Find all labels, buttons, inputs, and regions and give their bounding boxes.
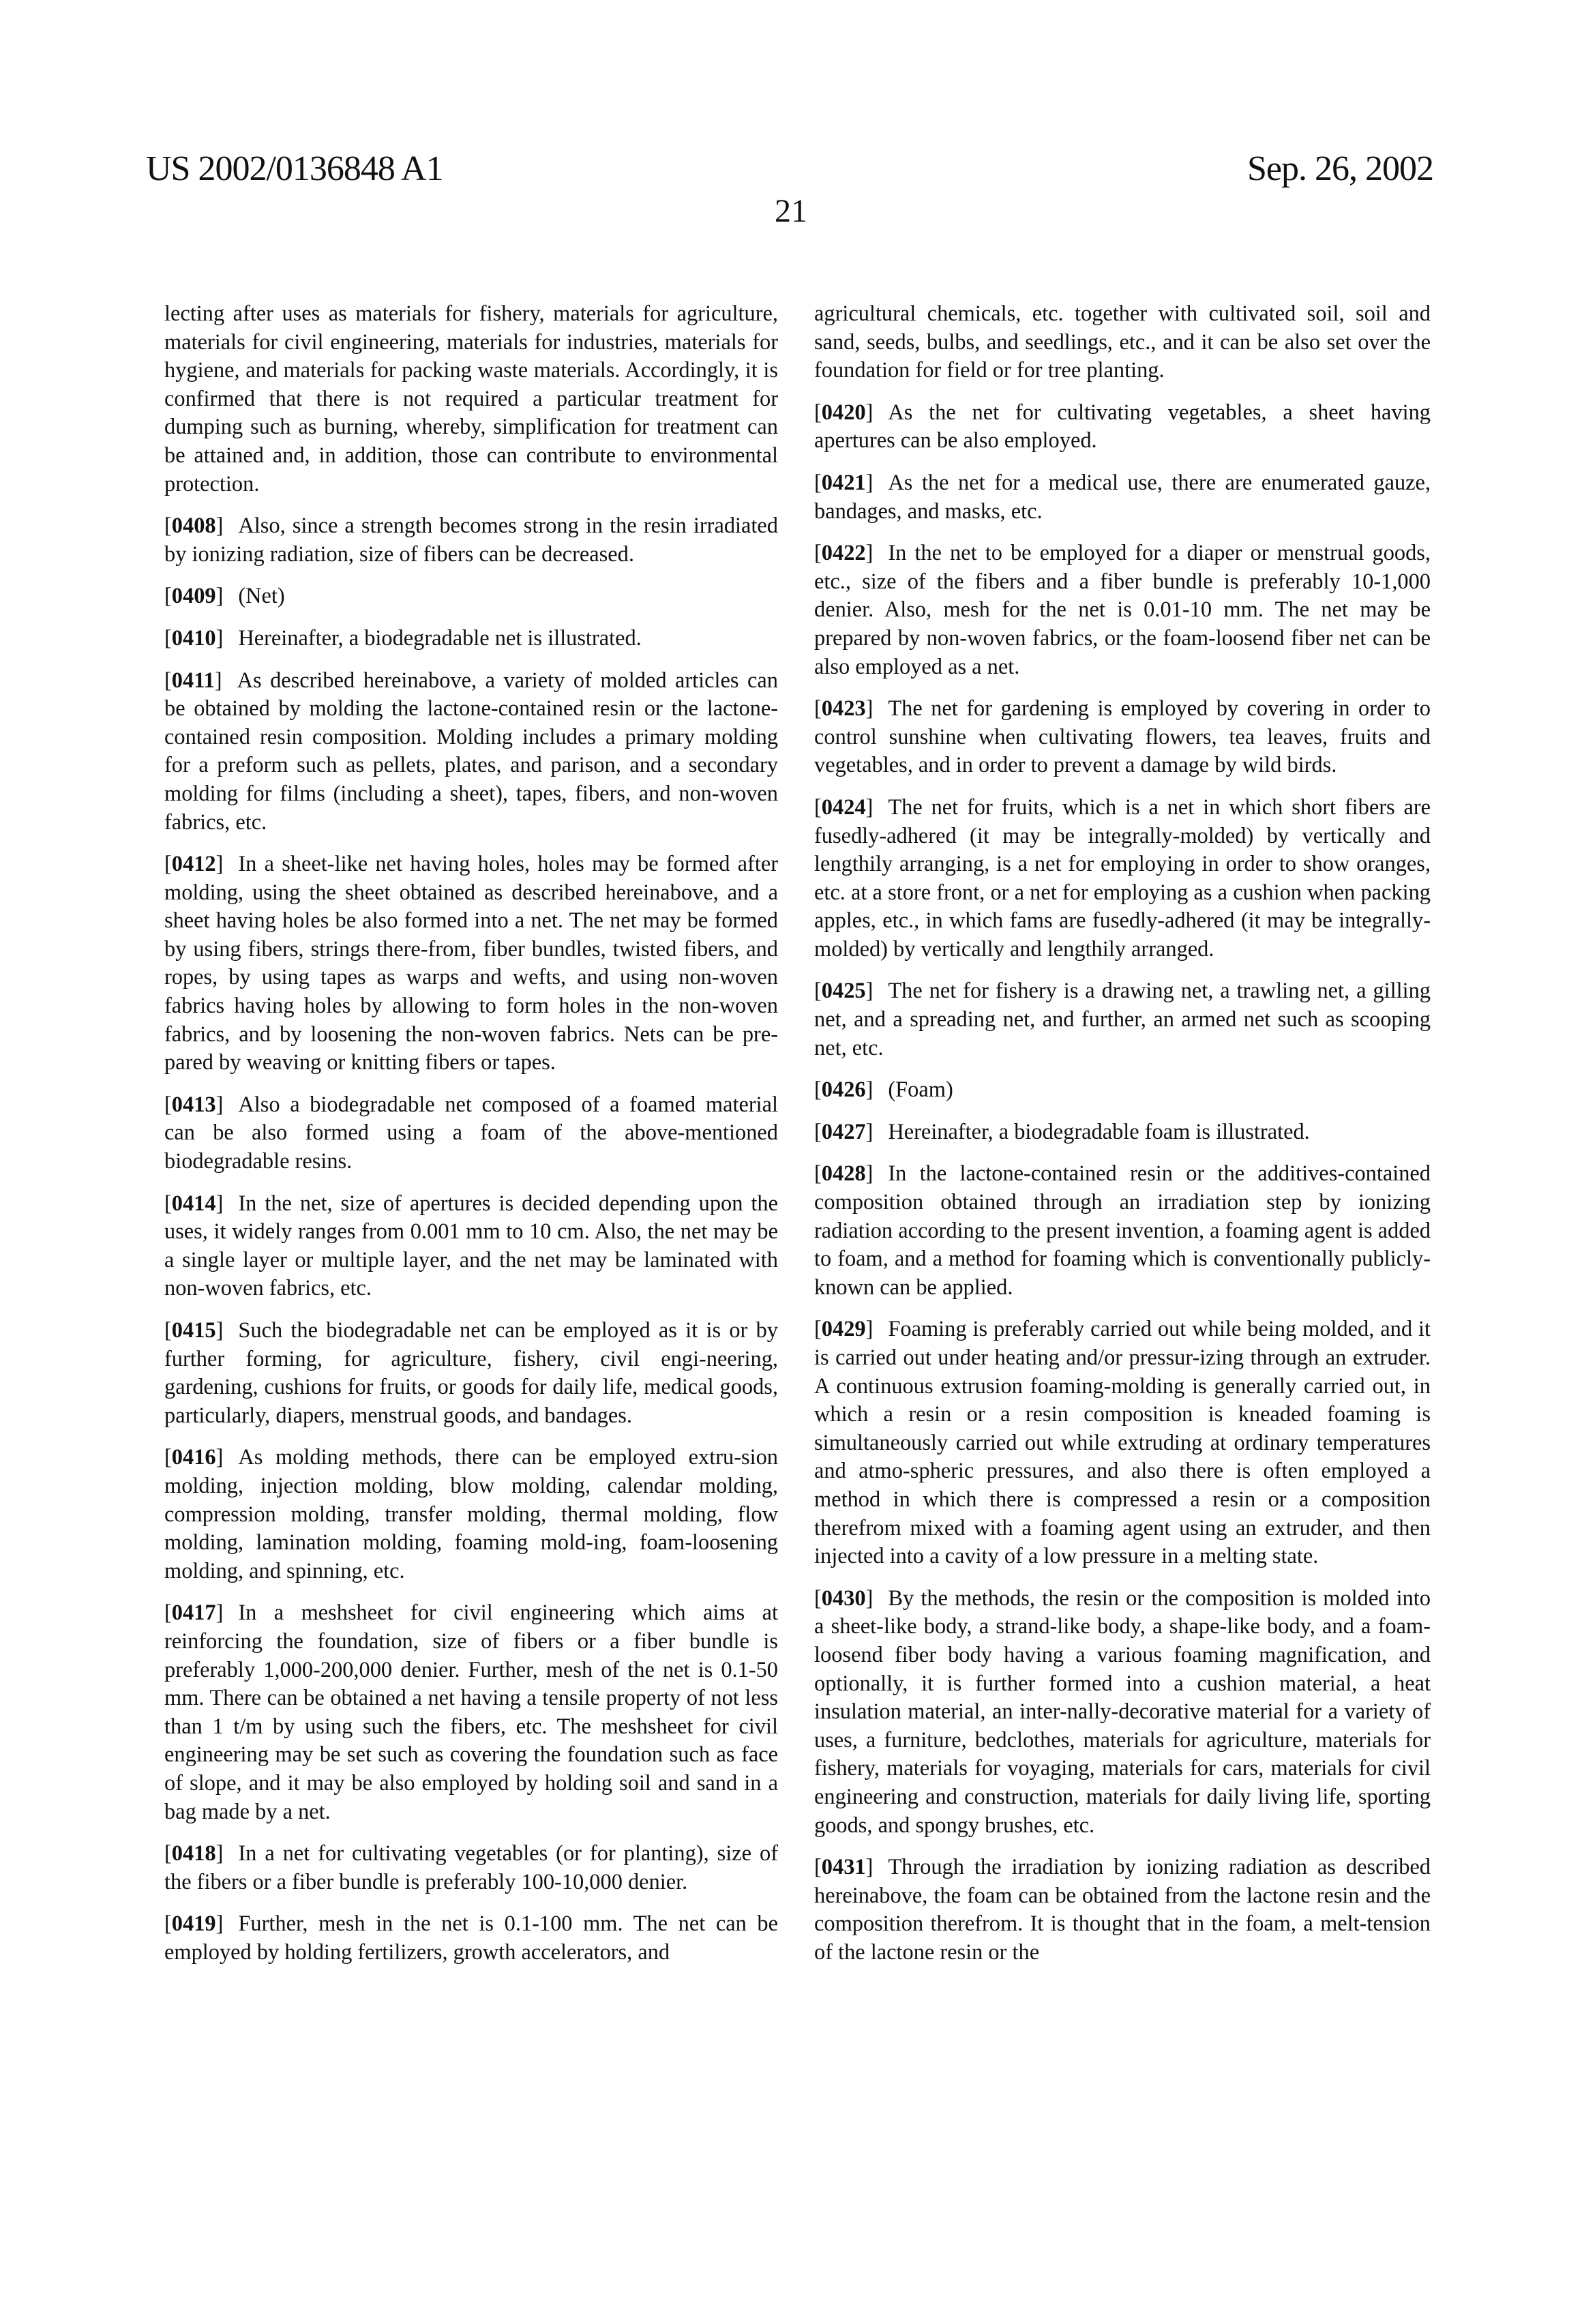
paragraph: [0427]Hereinafter, a biodegradable foam … [814, 1118, 1431, 1147]
paragraph-text: Foaming is preferably carried out while … [814, 1317, 1431, 1568]
paragraph-number-close-bracket: ] [866, 1077, 874, 1102]
paragraph-number-open-bracket: [ [814, 1120, 822, 1144]
paragraph-number-open-bracket: [ [164, 1841, 172, 1866]
paragraph-number: 0428 [822, 1161, 866, 1186]
paragraph-number-open-bracket: [ [814, 696, 822, 721]
paragraph-number: 0421 [822, 471, 866, 495]
paragraph-text: In the lactone-contained resin or the ad… [814, 1161, 1431, 1299]
paragraph-text: In a meshsheet for civil engineering whi… [164, 1600, 778, 1823]
paragraph-number-open-bracket: [ [164, 668, 172, 693]
paragraph-text: (Foam) [888, 1077, 953, 1102]
paragraph-number: 0431 [822, 1855, 866, 1879]
paragraph: [0431]Through the irradiation by ionizin… [814, 1853, 1431, 1967]
paragraph-number-close-bracket: ] [216, 1191, 224, 1216]
paragraph-number: 0415 [172, 1318, 216, 1343]
paragraph-text: Hereinafter, a biodegradable foam is ill… [888, 1120, 1309, 1144]
paragraph-number: 0410 [172, 626, 216, 651]
paragraph-number-open-bracket: [ [164, 1445, 172, 1470]
paragraph-text: Such the biodegradable net can be employ… [164, 1318, 778, 1428]
paragraph-number-open-bracket: [ [814, 979, 822, 1003]
paragraph: [0424]The net for fruits, which is a net… [814, 794, 1431, 964]
paragraph-number-close-bracket: ] [216, 1911, 224, 1936]
paragraph-number: 0422 [822, 541, 866, 565]
paragraph-number-open-bracket: [ [814, 795, 822, 820]
paragraph-number-close-bracket: ] [216, 1445, 224, 1470]
paragraph-number-close-bracket: ] [216, 852, 224, 876]
paragraph: [0409](Net) [164, 582, 778, 611]
paragraph-number-close-bracket: ] [216, 584, 224, 608]
paragraph-number-close-bracket: ] [866, 1161, 874, 1186]
paragraph-number-close-bracket: ] [866, 1855, 874, 1879]
paragraph-number-close-bracket: ] [866, 400, 874, 425]
paragraph-text: The net for fishery is a drawing net, a … [814, 979, 1431, 1060]
paragraph: [0415]Such the biodegradable net can be … [164, 1317, 778, 1430]
paragraph-number: 0426 [822, 1077, 866, 1102]
left-column: lecting after uses as materials for fish… [164, 300, 778, 1980]
paragraph-number-close-bracket: ] [216, 1600, 224, 1625]
paragraph-text: Also a biodegradable net composed of a f… [164, 1092, 778, 1174]
publication-date: Sep. 26, 2002 [1247, 149, 1433, 189]
paragraph: [0418]In a net for cultivating vegetable… [164, 1840, 778, 1896]
paragraph-number-open-bracket: [ [164, 852, 172, 876]
paragraph-text: The net for gardening is employed by cov… [814, 696, 1431, 777]
paragraph-number: 0420 [822, 400, 866, 425]
paragraph-text: Through the irradiation by ionizing radi… [814, 1855, 1431, 1965]
paragraph-number-open-bracket: [ [164, 513, 172, 538]
paragraph-number: 0416 [172, 1445, 216, 1470]
paragraph-text: As molding methods, there can be employe… [164, 1445, 778, 1583]
paragraph-number-close-bracket: ] [216, 1841, 224, 1866]
paragraph-text: As described hereinabove, a variety of m… [164, 668, 778, 835]
paragraph: [0416]As molding methods, there can be e… [164, 1444, 778, 1585]
paragraph-number-close-bracket: ] [866, 1317, 874, 1341]
paragraph-number: 0419 [172, 1911, 216, 1936]
paragraph-number-open-bracket: [ [164, 1600, 172, 1625]
paragraph-number-open-bracket: [ [164, 626, 172, 651]
paragraph: [0420]As the net for cultivating vegetab… [814, 399, 1431, 456]
paragraph-number-open-bracket: [ [814, 1586, 822, 1611]
paragraph-number: 0427 [822, 1120, 866, 1144]
paragraph: [0426](Foam) [814, 1076, 1431, 1105]
paragraph-text: Further, mesh in the net is 0.1-100 mm. … [164, 1911, 778, 1965]
publication-number: US 2002/0136848 A1 [146, 149, 443, 189]
paragraph-text: In the net to be employed for a diaper o… [814, 541, 1431, 679]
paragraph-number-close-bracket: ] [866, 471, 874, 495]
paragraph: [0423]The net for gardening is employed … [814, 695, 1431, 780]
paragraph-text: In a net for cultivating vegetables (or … [164, 1841, 778, 1894]
paragraph-text: agricultural chemicals, etc. together wi… [814, 301, 1431, 383]
paragraph-number-open-bracket: [ [164, 1911, 172, 1936]
paragraph-number: 0418 [172, 1841, 216, 1866]
paragraph: [0410]Hereinafter, a biodegradable net i… [164, 625, 778, 653]
paragraph-text: In a sheet-like net having holes, holes … [164, 852, 778, 1075]
paragraph-number-open-bracket: [ [814, 1855, 822, 1879]
paragraph-number-close-bracket: ] [866, 1120, 874, 1144]
paragraph-number-open-bracket: [ [164, 584, 172, 608]
paragraph: [0419]Further, mesh in the net is 0.1-10… [164, 1910, 778, 1967]
paragraph-number-open-bracket: [ [164, 1092, 172, 1117]
paragraph-number: 0430 [822, 1586, 866, 1611]
paragraph-number-close-bracket: ] [866, 696, 874, 721]
paragraph-text: The net for fruits, which is a net in wh… [814, 795, 1431, 962]
paragraph-number-close-bracket: ] [216, 513, 224, 538]
paragraph-number-open-bracket: [ [814, 541, 822, 565]
paragraph-number-open-bracket: [ [164, 1318, 172, 1343]
paragraph: [0417]In a meshsheet for civil engineeri… [164, 1599, 778, 1826]
paragraph-number-close-bracket: ] [866, 1586, 874, 1611]
paragraph-number-close-bracket: ] [866, 979, 874, 1003]
paragraph-text: (Net) [238, 584, 284, 608]
paragraph-number-open-bracket: [ [814, 1161, 822, 1186]
paragraph-number: 0412 [172, 852, 216, 876]
paragraph: [0422]In the net to be employed for a di… [814, 539, 1431, 681]
paragraph-number-open-bracket: [ [814, 400, 822, 425]
paragraph-text: As the net for cultivating vegetables, a… [814, 400, 1431, 453]
paragraph: [0413]Also a biodegradable net composed … [164, 1091, 778, 1176]
paragraph-text: As the net for a medical use, there are … [814, 471, 1431, 524]
paragraph: [0412]In a sheet-like net having holes, … [164, 850, 778, 1077]
paragraph-text: In the net, size of apertures is decided… [164, 1191, 778, 1301]
paragraph: [0425]The net for fishery is a drawing n… [814, 977, 1431, 1062]
paragraph-text: Also, since a strength becomes strong in… [164, 513, 778, 567]
paragraph: [0430]By the methods, the resin or the c… [814, 1585, 1431, 1840]
paragraph: [0414]In the net, size of apertures is d… [164, 1190, 778, 1303]
paragraph: [0429]Foaming is preferably carried out … [814, 1315, 1431, 1570]
paragraph-number-close-bracket: ] [866, 541, 874, 565]
paragraph-number-open-bracket: [ [814, 1317, 822, 1341]
paragraph-number: 0413 [172, 1092, 216, 1117]
paragraph-number: 0423 [822, 696, 866, 721]
paragraph: [0428]In the lactone-contained resin or … [814, 1160, 1431, 1302]
paragraph-number-close-bracket: ] [216, 626, 224, 651]
page-header: US 2002/0136848 A1 Sep. 26, 2002 21 [0, 0, 1582, 245]
paragraph-number: 0417 [172, 1600, 216, 1625]
paragraph-text: Hereinafter, a biodegradable net is illu… [238, 626, 641, 651]
paragraph-number-open-bracket: [ [164, 1191, 172, 1216]
paragraph: [0421]As the net for a medical use, ther… [814, 469, 1431, 526]
paragraph-number: 0409 [172, 584, 216, 608]
paragraph-number-close-bracket: ] [216, 1318, 224, 1343]
paragraph-continuation: agricultural chemicals, etc. together wi… [814, 300, 1431, 385]
paragraph-number: 0424 [822, 795, 866, 820]
paragraph: [0408]Also, since a strength becomes str… [164, 512, 778, 569]
paragraph: [0411]As described hereinabove, a variet… [164, 667, 778, 837]
right-column: agricultural chemicals, etc. together wi… [814, 300, 1431, 1980]
paragraph-number-close-bracket: ] [216, 1092, 224, 1117]
paragraph-number-close-bracket: ] [866, 795, 874, 820]
paragraph-number: 0411 [172, 668, 215, 693]
paragraph-number: 0425 [822, 979, 866, 1003]
paragraph-number-close-bracket: ] [215, 668, 222, 693]
paragraph-number: 0408 [172, 513, 216, 538]
paragraph-number-open-bracket: [ [814, 1077, 822, 1102]
paragraph-number-open-bracket: [ [814, 471, 822, 495]
paragraph-number: 0414 [172, 1191, 216, 1216]
paragraph-text: lecting after uses as materials for fish… [164, 301, 778, 496]
paragraph-text: By the methods, the resin or the composi… [814, 1586, 1431, 1838]
paragraph-continuation: lecting after uses as materials for fish… [164, 300, 778, 498]
page-number: 21 [0, 192, 1582, 230]
paragraph-number: 0429 [822, 1317, 866, 1341]
